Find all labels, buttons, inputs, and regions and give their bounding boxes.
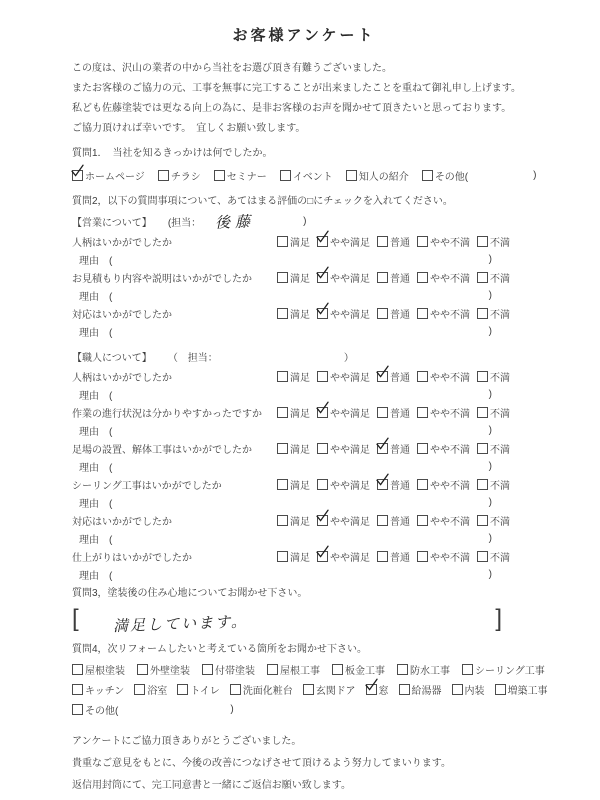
checkbox-icon: [332, 664, 343, 675]
rating-option-neutral[interactable]: 普通: [377, 405, 410, 420]
rating-options: 満足やや満足普通やや不満不満: [277, 549, 510, 564]
rating-option-label: 満足: [290, 477, 310, 492]
rating-option-label: 普通: [390, 234, 410, 249]
checkbox-label: 知人の紹介: [359, 168, 409, 183]
checkbox-label: 浴室: [147, 682, 167, 697]
rating-option-label: やや不満: [430, 405, 470, 420]
intro-paragraph: この度は、沢山の業者の中から当社をお選び頂き有難うございました。 またお客様のご…: [72, 59, 550, 139]
checkmark-icon: [375, 437, 390, 451]
checkbox-item-wall-paint[interactable]: 外壁塗装: [137, 662, 190, 677]
checkbox-icon: [399, 684, 410, 695]
checkbox-icon: [134, 684, 145, 695]
checkbox-item-entrance-door[interactable]: 玄関ドア: [303, 682, 356, 697]
checkbox-label: チラシ: [171, 168, 201, 183]
rating-option-satisfied[interactable]: 満足: [277, 405, 310, 420]
rating-option-somewhat-dissatisfied[interactable]: やや不満: [417, 369, 470, 384]
rating-option-label: 満足: [290, 405, 310, 420]
rating-option-label: やや不満: [430, 369, 470, 384]
rating-option-label: やや満足: [330, 513, 370, 528]
rating-option-label: 不満: [490, 441, 510, 456]
rating-option-label: 不満: [490, 369, 510, 384]
reason-label: 理由 (: [79, 423, 112, 438]
checkbox-icon: [230, 684, 241, 695]
rating-option-label: 不満: [490, 513, 510, 528]
checkbox-icon: [377, 371, 388, 382]
checkbox-icon: [477, 407, 488, 418]
reason-close-paren: ): [489, 569, 492, 580]
rating-option-label: やや満足: [330, 306, 370, 321]
q3-answer-area[interactable]: [ 満足しています。 ]: [72, 603, 502, 635]
checkbox-icon: [72, 664, 83, 675]
checkmark-icon: [315, 401, 330, 415]
rating-option-somewhat-dissatisfied[interactable]: やや不満: [417, 405, 470, 420]
rating-option-satisfied[interactable]: 満足: [277, 306, 310, 321]
rating-row-sales-estimate: お見積もり内容や説明はいかがでしたか 満足やや満足普通やや不満不満: [72, 268, 550, 286]
rating-question-label: シーリング工事はいかがでしたか: [72, 477, 277, 492]
rating-option-somewhat-dissatisfied[interactable]: やや不満: [417, 270, 470, 285]
rating-option-label: 不満: [490, 270, 510, 285]
rating-option-label: 普通: [390, 270, 410, 285]
checkbox-icon: [137, 664, 148, 675]
checkbox-icon: [277, 272, 288, 283]
reason-write-in[interactable]: 理由 ( ): [72, 493, 492, 511]
checkbox-icon: [477, 515, 488, 526]
closing-line: アンケートにご協力頂きありがとうございました。: [72, 731, 550, 753]
open-bracket: [: [72, 605, 79, 633]
checkbox-icon: [377, 443, 388, 454]
checkbox-icon: [417, 551, 428, 562]
checkbox-icon: [158, 170, 169, 181]
rating-option-dissatisfied[interactable]: 不満: [477, 477, 510, 492]
question1-options: ホームページ チラシ セミナー イベント 知人の紹介 その他( ): [72, 165, 550, 185]
checkmark-icon: [315, 266, 330, 280]
rating-option-somewhat-dissatisfied[interactable]: やや不満: [417, 234, 470, 249]
checkbox-item-interior[interactable]: 内装: [452, 682, 485, 697]
rating-option-label: 普通: [390, 441, 410, 456]
question4-section: 質問4，次リフォームしたいと考えている箇所をお聞かせ下さい。 屋根塗装 外壁塗装…: [72, 641, 550, 719]
question4-row2: キッチン 浴室 トイレ 洗面化粧台 玄関ドア 窓 給湯器 内装 増築工事: [72, 679, 550, 699]
checkbox-icon: [177, 684, 188, 695]
checkbox-label: その他(: [435, 168, 468, 183]
reason-write-in[interactable]: 理由 ( ): [72, 385, 492, 403]
sales-section-header: 【営業について】 (担当： 後藤 ): [72, 211, 550, 232]
checkmark-icon: [315, 509, 330, 523]
rating-option-label: やや不満: [430, 270, 470, 285]
checkbox-item-roof-work[interactable]: 屋根工事: [267, 662, 320, 677]
rating-option-label: 満足: [290, 270, 310, 285]
other-close-paren: ): [230, 704, 233, 715]
checkbox-icon: [366, 684, 377, 695]
checkbox-label: 板金工事: [345, 662, 385, 677]
rating-option-dissatisfied[interactable]: 不満: [477, 234, 510, 249]
reason-write-in[interactable]: 理由 ( ): [72, 565, 492, 583]
rating-option-label: やや満足: [330, 549, 370, 564]
checkbox-icon: [317, 407, 328, 418]
checkbox-label: 付帯塗装: [215, 662, 255, 677]
rating-option-neutral[interactable]: 普通: [377, 369, 410, 384]
rating-option-satisfied[interactable]: 満足: [277, 270, 310, 285]
rating-option-somewhat-satisfied[interactable]: やや満足: [317, 477, 370, 492]
rating-options: 満足やや満足普通やや不満不満: [277, 441, 510, 456]
rating-option-satisfied[interactable]: 満足: [277, 549, 310, 564]
checkbox-icon: [377, 479, 388, 490]
checkbox-item-other[interactable]: その他(: [422, 168, 468, 183]
checkbox-label: その他(: [85, 702, 118, 717]
rating-options: 満足やや満足普通やや不満不満: [277, 477, 510, 492]
checkmark-icon: [315, 545, 330, 559]
checkbox-icon: [317, 308, 328, 319]
rating-options: 満足やや満足普通やや不満不満: [277, 306, 510, 321]
checkbox-icon: [72, 684, 83, 695]
rating-option-somewhat-satisfied[interactable]: やや満足: [317, 513, 370, 528]
checkbox-icon: [317, 515, 328, 526]
checkbox-icon: [377, 308, 388, 319]
rating-options: 満足やや満足普通やや不満不満: [277, 270, 510, 285]
reason-close-paren: ): [489, 533, 492, 544]
rating-option-label: 不満: [490, 306, 510, 321]
question1-section: 質問1． 当社を知るきっかけは何でしたか。 ホームページ チラシ セミナー イベ…: [72, 145, 550, 185]
reason-label: 理由 (: [79, 387, 112, 402]
intro-line: この度は、沢山の業者の中から当社をお選び頂き有難うございました。: [72, 59, 550, 79]
rating-option-somewhat-satisfied[interactable]: やや満足: [317, 234, 370, 249]
checkmark-icon: [315, 230, 330, 244]
rating-option-neutral[interactable]: 普通: [377, 441, 410, 456]
checkbox-icon: [280, 170, 291, 181]
survey-page: お客様アンケート この度は、沢山の業者の中から当社をお選び頂き有難うございました…: [0, 0, 600, 800]
staff-label: (担当：: [168, 214, 201, 229]
rating-option-label: 普通: [390, 405, 410, 420]
rating-option-label: やや満足: [330, 477, 370, 492]
question1-heading: 質問1． 当社を知るきっかけは何でしたか。: [72, 145, 550, 163]
closing-notes: アンケートにご協力頂きありがとうございました。 貴重なご意見をもとに、今後の改善…: [72, 731, 550, 797]
checkbox-icon: [277, 236, 288, 247]
rating-row-craftsman-personality: 人柄はいかがでしたか 満足やや満足普通やや不満不満: [72, 367, 550, 385]
rating-option-label: 普通: [390, 549, 410, 564]
rating-option-somewhat-satisfied[interactable]: やや満足: [317, 405, 370, 420]
checkbox-icon: [417, 479, 428, 490]
rating-option-dissatisfied[interactable]: 不満: [477, 369, 510, 384]
checkbox-icon: [317, 443, 328, 454]
checkbox-label: ホームページ: [85, 168, 145, 183]
checkbox-icon: [317, 479, 328, 490]
checkmark-icon: [70, 164, 85, 178]
rating-question-label: 対応はいかがでしたか: [72, 306, 277, 321]
rating-option-label: 不満: [490, 405, 510, 420]
checkbox-label: 洗面化粧台: [243, 682, 293, 697]
rating-row-finish: 仕上がりはいかがでしたか 満足やや満足普通やや不満不満: [72, 547, 550, 565]
rating-option-somewhat-satisfied[interactable]: やや満足: [317, 549, 370, 564]
reason-label: 理由 (: [79, 459, 112, 474]
close-bracket: ]: [495, 605, 502, 633]
checkbox-icon: [462, 664, 473, 675]
q3-answer-handwritten: 満足しています。: [78, 601, 495, 637]
rating-option-label: やや不満: [430, 306, 470, 321]
rating-option-neutral[interactable]: 普通: [377, 270, 410, 285]
checkbox-label: セミナー: [227, 168, 267, 183]
checkbox-item-referral[interactable]: 知人の紹介: [346, 168, 409, 183]
checkbox-icon: [277, 407, 288, 418]
rating-option-satisfied[interactable]: 満足: [277, 513, 310, 528]
rating-question-label: 人柄はいかがでしたか: [72, 369, 277, 384]
checkbox-item-waterproof[interactable]: 防水工事: [397, 662, 450, 677]
checkbox-icon: [277, 443, 288, 454]
checkmark-icon: [375, 365, 390, 379]
checkbox-icon: [277, 371, 288, 382]
rating-option-neutral[interactable]: 普通: [377, 234, 410, 249]
rating-option-somewhat-dissatisfied[interactable]: やや不満: [417, 441, 470, 456]
checkbox-icon: [477, 272, 488, 283]
rating-option-satisfied[interactable]: 満足: [277, 369, 310, 384]
reason-close-paren: ): [489, 425, 492, 436]
reason-close-paren: ): [489, 326, 492, 337]
checkbox-icon: [277, 551, 288, 562]
rating-row-sales-personality: 人柄はいかがでしたか 満足やや満足普通やや不満不満: [72, 232, 550, 250]
checkbox-label: 外壁塗装: [150, 662, 190, 677]
checkbox-label: 防水工事: [410, 662, 450, 677]
checkbox-item-event[interactable]: イベント: [280, 168, 333, 183]
checkbox-item-sheet-metal[interactable]: 板金工事: [332, 662, 385, 677]
checkbox-icon: [417, 515, 428, 526]
checkbox-icon: [477, 308, 488, 319]
rating-option-label: 満足: [290, 369, 310, 384]
rating-option-label: やや不満: [430, 477, 470, 492]
staff-close-paren: ）: [344, 349, 354, 364]
checkmark-icon: [364, 678, 379, 692]
checkbox-item-vanity[interactable]: 洗面化粧台: [230, 682, 293, 697]
checkbox-icon: [477, 479, 488, 490]
craftsman-section-title: 【職人について】: [72, 349, 152, 364]
rating-option-somewhat-satisfied[interactable]: やや満足: [317, 441, 370, 456]
sales-section-title: 【営業について】: [72, 214, 152, 229]
reason-write-in[interactable]: 理由 ( ): [72, 322, 492, 340]
rating-option-label: やや満足: [330, 369, 370, 384]
rating-option-label: やや満足: [330, 234, 370, 249]
checkbox-icon: [317, 236, 328, 247]
rating-option-label: 普通: [390, 477, 410, 492]
checkbox-icon: [495, 684, 506, 695]
checkbox-icon: [452, 684, 463, 695]
rating-option-label: やや不満: [430, 441, 470, 456]
reason-label: 理由 (: [79, 324, 112, 339]
closing-line: 返信用封筒にて、完工同意書と一緒にご返信お願い致します。: [72, 775, 550, 797]
rating-row-sales-response: 対応はいかがでしたか 満足やや満足普通やや不満不満: [72, 304, 550, 322]
rating-option-label: 満足: [290, 513, 310, 528]
checkbox-icon: [397, 664, 408, 675]
rating-option-dissatisfied[interactable]: 不満: [477, 306, 510, 321]
reason-label: 理由 (: [79, 252, 112, 267]
checkbox-icon: [303, 684, 314, 695]
checkbox-icon: [417, 272, 428, 283]
reason-write-in[interactable]: 理由 ( ): [72, 457, 492, 475]
rating-question-label: 人柄はいかがでしたか: [72, 234, 277, 249]
rating-row-scaffolding: 足場の設置、解体工事はいかがでしたか 満足やや満足普通やや不満不満: [72, 439, 550, 457]
reason-label: 理由 (: [79, 531, 112, 546]
rating-option-neutral[interactable]: 普通: [377, 513, 410, 528]
rating-option-label: 不満: [490, 549, 510, 564]
checkbox-icon: [317, 371, 328, 382]
reason-write-in[interactable]: 理由 ( ): [72, 250, 492, 268]
closing-line: 貴重なご意見をもとに、今後の改善につなげさせて頂けるよう努力してまいります。: [72, 753, 550, 775]
rating-option-neutral[interactable]: 普通: [377, 549, 410, 564]
checkbox-item-bathroom[interactable]: 浴室: [134, 682, 167, 697]
reason-close-paren: ): [489, 290, 492, 301]
reason-close-paren: ): [489, 389, 492, 400]
staff-name-handwritten: 後藤: [215, 210, 256, 232]
question4-row3: その他( ): [72, 699, 550, 719]
checkbox-item-extension[interactable]: 増築工事: [495, 682, 548, 697]
rating-option-label: 普通: [390, 513, 410, 528]
checkmark-icon: [375, 473, 390, 487]
question2-section: 質問2，以下の質問事項について、あてはまる評価の□にチェックを入れてください。 …: [72, 193, 550, 583]
checkbox-icon: [202, 664, 213, 675]
intro-line: ご協力頂ければ幸いです。 宜しくお願い致します。: [72, 119, 550, 139]
rating-option-somewhat-dissatisfied[interactable]: やや不満: [417, 477, 470, 492]
rating-options: 満足やや満足普通やや不満不満: [277, 234, 510, 249]
reason-write-in[interactable]: 理由 ( ): [72, 529, 492, 547]
reason-write-in[interactable]: 理由 ( ): [72, 286, 492, 304]
question3-section: 質問3，塗装後の住み心地についてお聞かせ下さい。 [ 満足しています。 ]: [72, 585, 550, 635]
rating-option-label: 不満: [490, 234, 510, 249]
reason-close-paren: ): [489, 461, 492, 472]
checkbox-item-sealing-work[interactable]: シーリング工事: [462, 662, 545, 677]
craftsman-section-header: 【職人について】 （ 担当： ）: [72, 346, 550, 367]
staff-close-paren: ): [303, 216, 306, 227]
intro-line: 私ども佐藤塗装では更なる向上の為に、是非お客様のお声を聞かせて頂きたいと思ってお…: [72, 99, 550, 119]
rating-option-label: やや満足: [330, 441, 370, 456]
checkbox-label: キッチン: [85, 682, 124, 697]
checkbox-item-trim-paint[interactable]: 付帯塗装: [202, 662, 255, 677]
rating-question-label: 作業の進行状況は分かりやすかったですか: [72, 405, 277, 420]
rating-option-label: 満足: [290, 441, 310, 456]
checkbox-item-window[interactable]: 窓: [366, 682, 389, 697]
rating-option-somewhat-dissatisfied[interactable]: やや不満: [417, 306, 470, 321]
rating-row-craftsman-response: 対応はいかがでしたか 満足やや満足普通やや不満不満: [72, 511, 550, 529]
checkbox-icon: [377, 551, 388, 562]
rating-row-sealing: シーリング工事はいかがでしたか 満足やや満足普通やや不満不満: [72, 475, 550, 493]
checkbox-icon: [477, 371, 488, 382]
rating-option-somewhat-satisfied[interactable]: やや満足: [317, 369, 370, 384]
rating-option-dissatisfied[interactable]: 不満: [477, 441, 510, 456]
checkbox-icon: [346, 170, 357, 181]
rating-option-satisfied[interactable]: 満足: [277, 234, 310, 249]
checkbox-icon: [377, 515, 388, 526]
checkbox-icon: [417, 407, 428, 418]
rating-question-label: 仕上がりはいかがでしたか: [72, 549, 277, 564]
checkbox-item-seminar[interactable]: セミナー: [214, 168, 267, 183]
checkbox-icon: [317, 272, 328, 283]
checkbox-icon: [377, 407, 388, 418]
rating-option-somewhat-satisfied[interactable]: やや満足: [317, 270, 370, 285]
checkbox-label: 増築工事: [508, 682, 548, 697]
reason-write-in[interactable]: 理由 ( ): [72, 421, 492, 439]
checkbox-item-kitchen[interactable]: キッチン: [72, 682, 124, 697]
checkbox-icon: [422, 170, 433, 181]
checkbox-icon: [417, 371, 428, 382]
rating-option-label: 満足: [290, 234, 310, 249]
rating-option-label: 普通: [390, 369, 410, 384]
checkbox-item-water-heater[interactable]: 給湯器: [399, 682, 442, 697]
checkbox-icon: [417, 236, 428, 247]
checkbox-icon: [317, 551, 328, 562]
checkbox-icon: [417, 308, 428, 319]
question2-heading: 質問2，以下の質問事項について、あてはまる評価の□にチェックを入れてください。: [72, 193, 550, 211]
rating-options: 満足やや満足普通やや不満不満: [277, 513, 510, 528]
rating-option-somewhat-dissatisfied[interactable]: やや不満: [417, 549, 470, 564]
question3-heading: 質問3，塗装後の住み心地についてお聞かせ下さい。: [72, 585, 550, 603]
rating-option-dissatisfied[interactable]: 不満: [477, 270, 510, 285]
checkbox-item-q4-other[interactable]: その他(: [72, 702, 118, 717]
rating-option-satisfied[interactable]: 満足: [277, 477, 310, 492]
rating-option-somewhat-dissatisfied[interactable]: やや不満: [417, 513, 470, 528]
rating-option-satisfied[interactable]: 満足: [277, 441, 310, 456]
reason-close-paren: ): [489, 254, 492, 265]
checkbox-label: シーリング工事: [475, 662, 545, 677]
rating-option-label: やや不満: [430, 549, 470, 564]
checkbox-item-toilet[interactable]: トイレ: [177, 682, 220, 697]
reason-label: 理由 (: [79, 567, 112, 582]
rating-option-label: 不満: [490, 477, 510, 492]
checkmark-icon: [315, 302, 330, 316]
question4-heading: 質問4，次リフォームしたいと考えている箇所をお聞かせ下さい。: [72, 641, 550, 659]
rating-option-label: 満足: [290, 549, 310, 564]
rating-option-neutral[interactable]: 普通: [377, 477, 410, 492]
checkbox-icon: [214, 170, 225, 181]
checkbox-label: 内装: [465, 682, 485, 697]
checkbox-item-flyer[interactable]: チラシ: [158, 168, 201, 183]
checkbox-label: トイレ: [190, 682, 220, 697]
rating-row-work-progress: 作業の進行状況は分かりやすかったですか 満足やや満足普通やや不満不満: [72, 403, 550, 421]
checkbox-label: 玄関ドア: [316, 682, 356, 697]
reason-label: 理由 (: [79, 288, 112, 303]
checkbox-icon: [477, 551, 488, 562]
rating-question-label: お見積もり内容や説明はいかがでしたか: [72, 270, 277, 285]
staff-label: （ 担当：: [168, 349, 218, 364]
rating-option-label: やや満足: [330, 270, 370, 285]
checkbox-icon: [477, 236, 488, 247]
rating-option-label: やや不満: [430, 513, 470, 528]
checkbox-label: 給湯器: [412, 682, 442, 697]
rating-option-label: やや不満: [430, 234, 470, 249]
question4-row1: 屋根塗装 外壁塗装 付帯塗装 屋根工事 板金工事 防水工事 シーリング工事: [72, 659, 550, 679]
checkbox-icon: [377, 272, 388, 283]
rating-option-somewhat-satisfied[interactable]: やや満足: [317, 306, 370, 321]
checkbox-label: イベント: [293, 168, 333, 183]
reason-label: 理由 (: [79, 495, 112, 510]
checkbox-icon: [72, 170, 83, 181]
rating-question-label: 足場の設置、解体工事はいかがでしたか: [72, 441, 277, 456]
rating-option-dissatisfied[interactable]: 不満: [477, 513, 510, 528]
rating-option-neutral[interactable]: 普通: [377, 306, 410, 321]
other-close-paren: ): [533, 170, 536, 181]
checkbox-icon: [277, 479, 288, 490]
rating-option-dissatisfied[interactable]: 不満: [477, 549, 510, 564]
rating-options: 満足やや満足普通やや不満不満: [277, 405, 510, 420]
checkbox-item-homepage[interactable]: ホームページ: [72, 168, 145, 183]
page-title: お客様アンケート: [72, 24, 536, 45]
checkbox-label: 屋根工事: [280, 662, 320, 677]
checkbox-item-roof-paint[interactable]: 屋根塗装: [72, 662, 125, 677]
rating-option-label: 満足: [290, 306, 310, 321]
reason-close-paren: ): [489, 497, 492, 508]
rating-option-label: やや満足: [330, 405, 370, 420]
checkbox-icon: [417, 443, 428, 454]
checkbox-label: 屋根塗装: [85, 662, 125, 677]
checkbox-icon: [277, 515, 288, 526]
rating-option-dissatisfied[interactable]: 不満: [477, 405, 510, 420]
checkbox-label: 窓: [379, 682, 389, 697]
intro-line: またお客様のご協力の元、工事を無事に完工することが出来ましたことを重ねて御礼申し…: [72, 79, 550, 99]
rating-options: 満足やや満足普通やや不満不満: [277, 369, 510, 384]
